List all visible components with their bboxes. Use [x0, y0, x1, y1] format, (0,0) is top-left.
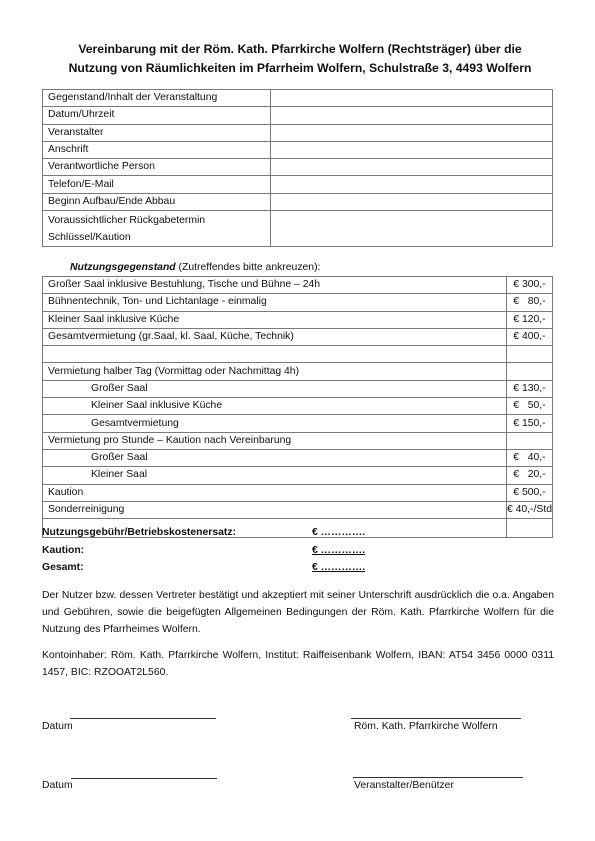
price-description: Kleiner Saal: [43, 467, 507, 484]
price-value: € 500,-: [506, 484, 552, 501]
info-value-field[interactable]: [271, 176, 553, 193]
price-row[interactable]: Vermietung pro Stunde – Kaution nach Ver…: [43, 432, 553, 449]
price-value: € 120,-: [506, 311, 552, 328]
price-value: [506, 346, 552, 363]
price-row[interactable]: Sonderreinigung€ 40,-/Std: [43, 501, 553, 518]
price-description: Großer Saal: [43, 449, 507, 466]
fee-summary: Nutzungsgebühr/Betriebskostenersatz:€ ………: [42, 524, 402, 577]
price-value: € 20,-: [506, 467, 552, 484]
date-signature-line-1[interactable]: [70, 718, 216, 719]
usage-heading-note: (Zutreffendes bitte ankreuzen):: [176, 262, 321, 273]
info-value-field[interactable]: [271, 211, 553, 247]
price-value: € 50,-: [506, 398, 552, 415]
price-row[interactable]: Großer Saal inklusive Bestuhlung, Tische…: [43, 277, 553, 294]
info-value-field[interactable]: [271, 159, 553, 176]
fee-amount-field[interactable]: € ………….: [312, 559, 365, 577]
info-value-field[interactable]: [271, 141, 553, 158]
price-value: € 40,-: [506, 449, 552, 466]
price-description: Kaution: [43, 484, 507, 501]
fee-label: Kaution:: [42, 545, 84, 556]
price-description: [43, 346, 507, 363]
price-row[interactable]: [43, 346, 553, 363]
fee-amount-field[interactable]: € ………….: [312, 542, 365, 560]
price-row[interactable]: Großer Saal€ 40,-: [43, 449, 553, 466]
price-row[interactable]: Gesamtvermietung (gr.Saal, kl. Saal, Küc…: [43, 328, 553, 345]
fee-row: Gesamt:€ ………….: [42, 559, 402, 577]
price-description: Kleiner Saal inklusive Küche: [43, 311, 507, 328]
info-label: Voraussichtlicher RückgabeterminSchlüsse…: [43, 211, 271, 247]
info-row: Anschrift: [43, 141, 553, 158]
event-info-table: Gegenstand/Inhalt der VeranstaltungDatum…: [42, 89, 553, 247]
price-value: € 300,-: [506, 277, 552, 294]
price-description: Großer Saal inklusive Bestuhlung, Tische…: [43, 277, 507, 294]
info-row: Verantwortliche Person: [43, 159, 553, 176]
info-label: Gegenstand/Inhalt der Veranstaltung: [43, 90, 271, 107]
date-label-1: Datum: [42, 721, 73, 732]
confirmation-paragraph: Der Nutzer bzw. dessen Vertreter bestäti…: [42, 587, 554, 639]
fee-amount-field[interactable]: € ………….: [312, 524, 365, 542]
document-title: Vereinbarung mit der Röm. Kath. Pfarrkir…: [30, 40, 570, 78]
fee-row: Kaution:€ ………….: [42, 542, 402, 560]
price-row[interactable]: Kleiner Saal€ 20,-: [43, 467, 553, 484]
price-value: [506, 519, 552, 538]
bank-details-paragraph: Kontoinhaber: Röm. Kath. Pfarrkirche Wol…: [42, 647, 554, 681]
info-label: Beginn Aufbau/Ende Abbau: [43, 193, 271, 210]
parish-signature-line[interactable]: [351, 718, 521, 719]
price-description: Gesamtvermietung (gr.Saal, kl. Saal, Küc…: [43, 328, 507, 345]
price-row[interactable]: Kleiner Saal inklusive Küche€ 120,-: [43, 311, 553, 328]
fee-row: Nutzungsgebühr/Betriebskostenersatz:€ ………: [42, 524, 402, 542]
info-value-field[interactable]: [271, 193, 553, 210]
price-value: € 150,-: [506, 415, 552, 432]
price-value: € 80,-: [506, 294, 552, 311]
organizer-signature-label: Veranstalter/Benützer: [354, 780, 454, 791]
date-label-2: Datum: [42, 780, 73, 791]
usage-heading: Nutzungsgegenstand (Zutreffendes bitte a…: [70, 262, 320, 273]
price-value: € 40,-/Std: [506, 501, 552, 518]
info-value-field[interactable]: [271, 90, 553, 107]
price-description: Gesamtvermietung: [43, 415, 507, 432]
price-table: Großer Saal inklusive Bestuhlung, Tische…: [42, 276, 553, 538]
price-description: Großer Saal: [43, 380, 507, 397]
info-value-field[interactable]: [271, 124, 553, 141]
price-row[interactable]: Kaution€ 500,-: [43, 484, 553, 501]
price-row[interactable]: Bühnentechnik, Ton- und Lichtanlage - ei…: [43, 294, 553, 311]
info-row: Datum/Uhrzeit: [43, 107, 553, 124]
fee-label: Nutzungsgebühr/Betriebskostenersatz:: [42, 527, 236, 538]
info-value-field[interactable]: [271, 107, 553, 124]
price-row[interactable]: Kleiner Saal inklusive Küche€ 50,-: [43, 398, 553, 415]
price-value: [506, 432, 552, 449]
price-row[interactable]: Großer Saal€ 130,-: [43, 380, 553, 397]
price-description: Vermietung halber Tag (Vormittag oder Na…: [43, 363, 507, 380]
title-line-2: Nutzung von Räumlichkeiten im Pfarrheim …: [30, 59, 570, 78]
price-value: [506, 363, 552, 380]
info-row: Voraussichtlicher RückgabeterminSchlüsse…: [43, 211, 553, 247]
info-row: Beginn Aufbau/Ende Abbau: [43, 193, 553, 210]
price-description: Vermietung pro Stunde – Kaution nach Ver…: [43, 432, 507, 449]
price-value: € 130,-: [506, 380, 552, 397]
organizer-signature-line[interactable]: [353, 777, 523, 778]
info-row: Veranstalter: [43, 124, 553, 141]
price-description: Bühnentechnik, Ton- und Lichtanlage - ei…: [43, 294, 507, 311]
price-description: Kleiner Saal inklusive Küche: [43, 398, 507, 415]
price-description: Sonderreinigung: [43, 501, 507, 518]
info-label-line-2: Schlüssel/Kaution: [48, 229, 270, 246]
info-label-line-1: Voraussichtlicher Rückgabetermin: [48, 212, 270, 229]
info-label: Anschrift: [43, 141, 271, 158]
parish-signature-label: Röm. Kath. Pfarrkirche Wolfern: [354, 721, 498, 732]
usage-heading-bold: Nutzungsgegenstand: [70, 262, 176, 273]
info-label: Veranstalter: [43, 124, 271, 141]
info-row: Gegenstand/Inhalt der Veranstaltung: [43, 90, 553, 107]
info-label: Telefon/E-Mail: [43, 176, 271, 193]
date-signature-line-2[interactable]: [71, 778, 217, 779]
price-row[interactable]: Gesamtvermietung€ 150,-: [43, 415, 553, 432]
price-value: € 400,-: [506, 328, 552, 345]
title-line-1: Vereinbarung mit der Röm. Kath. Pfarrkir…: [30, 40, 570, 59]
info-label: Verantwortliche Person: [43, 159, 271, 176]
info-row: Telefon/E-Mail: [43, 176, 553, 193]
fee-label: Gesamt:: [42, 562, 84, 573]
price-row[interactable]: Vermietung halber Tag (Vormittag oder Na…: [43, 363, 553, 380]
info-label: Datum/Uhrzeit: [43, 107, 271, 124]
